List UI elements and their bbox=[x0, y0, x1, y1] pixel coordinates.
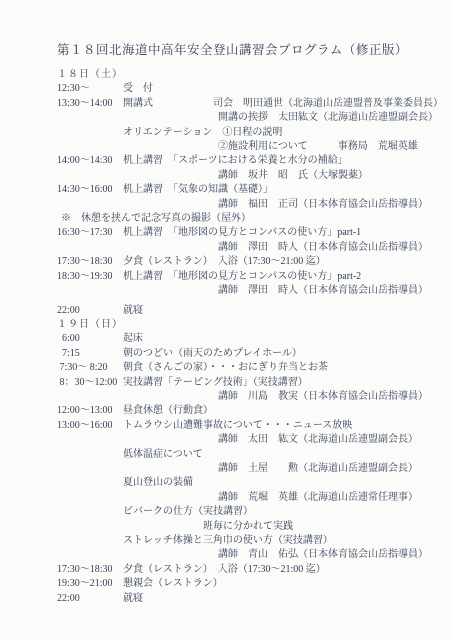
text-cell: 就寝 bbox=[123, 592, 143, 606]
schedule-row: 17:30～18:30夕食（レストラン） 入浴（17:30～21:00 迄） bbox=[57, 563, 438, 577]
schedule-row: 講師 澤田 時人（日本体育協会山岳指導員） bbox=[57, 241, 438, 255]
text-cell: 昼食休憩（行動食） bbox=[123, 404, 213, 418]
text-cell: 班毎に分かれて実践 bbox=[203, 520, 293, 534]
schedule-row: 講師 坂井 昭 氏（大塚製薬） bbox=[57, 169, 438, 183]
schedule-row: ストレッチ体操と三角巾の使い方（実技講習） bbox=[57, 534, 438, 548]
text-cell: 低体温症について bbox=[123, 448, 203, 462]
schedule-row: オリエンテーション ①日程の説明 bbox=[57, 126, 438, 140]
schedule-row: ビバークの仕方（実技講習） bbox=[57, 505, 438, 519]
text-cell: 講師 澤田 時人（日本体育協会山岳指導員） bbox=[218, 284, 428, 298]
note-row: ※ 休憩を挟んで記念写真の撮影（屋外） bbox=[57, 212, 438, 226]
time-cell: 14:30～16:00 bbox=[57, 183, 123, 197]
time-cell: 12:30～ bbox=[57, 82, 123, 96]
text-cell: 講師 坂井 昭 氏（大塚製薬） bbox=[218, 169, 368, 183]
time-cell: 12:00～13:00 bbox=[57, 404, 123, 418]
text-cell: 開講の挨拶 太田紘文（北海道山岳連盟副会長） bbox=[218, 111, 438, 125]
text-cell: 机上講習 「地形図の見方とコンパスの使い方」part-1 bbox=[123, 226, 361, 240]
time-cell: 13:30～14:00 bbox=[57, 97, 123, 111]
text-cell: 朝食（さんごの家）・・・おにぎり弁当とお茶 bbox=[123, 361, 328, 375]
text-cell: 夕食（レストラン） 入浴（17:30～21:00 迄） bbox=[123, 255, 326, 269]
text-cell: 講師 福田 正司（日本体育協会山岳指導員） bbox=[218, 198, 428, 212]
schedule-row: 低体温症について bbox=[57, 448, 438, 462]
schedule-row: 講師 青山 佑弘（日本体育協会山岳指導員） bbox=[57, 548, 438, 562]
text-cell: ビバークの仕方（実技講習） bbox=[123, 505, 253, 519]
schedule-row: 18:30～19:30机上講習 「地形図の見方とコンパスの使い方」part-2 bbox=[57, 270, 438, 284]
schedule-row: 講師 土屋 勲（北海道山岳連盟副会長） bbox=[57, 462, 438, 476]
text-cell: 夕食（レストラン） 入浴（17:30～21:00 迄） bbox=[123, 563, 326, 577]
schedule-list: １８日（土）12:30～受 付13:30～14:00開講式 司会 明田通世（北海… bbox=[57, 68, 438, 606]
time-cell: 6:00 bbox=[57, 332, 123, 346]
time-cell: 17:30～18:30 bbox=[57, 563, 123, 577]
text-cell: 講師 土屋 勲（北海道山岳連盟副会長） bbox=[218, 462, 418, 476]
time-cell: 22:00 bbox=[57, 304, 123, 318]
time-cell: 7:30～ 8:20 bbox=[57, 361, 123, 375]
time-cell: 17:30～18:30 bbox=[57, 255, 123, 269]
day-header: １８日（土） bbox=[57, 68, 438, 82]
text-cell: ストレッチ体操と三角巾の使い方（実技講習） bbox=[123, 534, 333, 548]
schedule-row: 22:00就寝 bbox=[57, 304, 438, 318]
text-cell: 開講式 司会 明田通世（北海道山岳連盟普及事業委員長） bbox=[123, 97, 443, 111]
text-cell: 机上講習 「地形図の見方とコンパスの使い方」part-2 bbox=[123, 270, 361, 284]
text-cell: 講師 澤田 時人（日本体育協会山岳指導員） bbox=[218, 241, 428, 255]
text-cell: トムラウシ山遭難事故について・・・ニュース放映 bbox=[123, 419, 352, 433]
schedule-row: 17:30～18:30夕食（レストラン） 入浴（17:30～21:00 迄） bbox=[57, 255, 438, 269]
text-cell: 講師 荒堀 英雄（北海道山岳連常任理事） bbox=[218, 491, 418, 505]
time-cell: 7:15 bbox=[57, 347, 123, 361]
text-cell: 起床 bbox=[123, 332, 143, 346]
time-cell: 16:30～17:30 bbox=[57, 226, 123, 240]
time-cell: 13:00～16:00 bbox=[57, 419, 123, 433]
schedule-row: 19:30～21:00懇親会（レストラン） bbox=[57, 577, 438, 591]
document-page: 第１８回北海道中高年安全登山講習会プログラム（修正版） １８日（土）12:30～… bbox=[0, 0, 452, 640]
schedule-row: 13:30～14:00開講式 司会 明田通世（北海道山岳連盟普及事業委員長） bbox=[57, 97, 438, 111]
schedule-row: ②施設利用について 事務局 荒堀英雄 bbox=[57, 140, 438, 154]
schedule-row: 22:00就寝 bbox=[57, 592, 438, 606]
schedule-row: 講師 福田 正司（日本体育協会山岳指導員） bbox=[57, 198, 438, 212]
schedule-row: 夏山登山の装備 bbox=[57, 476, 438, 490]
text-cell: 実技講習「テーピング技術」（実技講習） bbox=[123, 376, 308, 390]
text-cell: 講師 青山 佑弘（日本体育協会山岳指導員） bbox=[218, 548, 428, 562]
text-cell: オリエンテーション ①日程の説明 bbox=[123, 126, 282, 140]
text-cell: 机上講習 「スポーツにおける栄養と水分の補給」 bbox=[123, 154, 348, 168]
schedule-row: 14:30～16:00机上講習 「気象の知識（基礎）」 bbox=[57, 183, 438, 197]
schedule-row: 講師 川島 教実（日本体育協会山岳指導員） bbox=[57, 390, 438, 404]
schedule-row: 13:00～16:00トムラウシ山遭難事故について・・・ニュース放映 bbox=[57, 419, 438, 433]
schedule-row: 班毎に分かれて実践 bbox=[57, 520, 438, 534]
schedule-row: 講師 太田 紘文（北海道山岳連盟副会長） bbox=[57, 433, 438, 447]
text-cell: 講師 川島 教実（日本体育協会山岳指導員） bbox=[218, 390, 428, 404]
day-header: １９日（日） bbox=[57, 318, 438, 332]
schedule-row: 7:15朝のつどい（雨天のためプレイホール） bbox=[57, 347, 438, 361]
time-cell: 18:30～19:30 bbox=[57, 270, 123, 284]
schedule-row: 12:00～13:00昼食休憩（行動食） bbox=[57, 404, 438, 418]
text-cell: 講師 太田 紘文（北海道山岳連盟副会長） bbox=[218, 433, 418, 447]
time-cell: 22:00 bbox=[57, 592, 123, 606]
time-cell: 8：30～12:00 bbox=[57, 376, 123, 390]
schedule-row: 7:30～ 8:20朝食（さんごの家）・・・おにぎり弁当とお茶 bbox=[57, 361, 438, 375]
text-cell: 朝のつどい（雨天のためプレイホール） bbox=[123, 347, 302, 361]
schedule-row: 講師 荒堀 英雄（北海道山岳連常任理事） bbox=[57, 491, 438, 505]
schedule-row: 12:30～受 付 bbox=[57, 82, 438, 96]
text-cell: 夏山登山の装備 bbox=[123, 476, 193, 490]
text-cell: 受 付 bbox=[123, 82, 153, 96]
schedule-row: 6:00起床 bbox=[57, 332, 438, 346]
time-cell: 19:30～21:00 bbox=[57, 577, 123, 591]
page-title: 第１８回北海道中高年安全登山講習会プログラム（修正版） bbox=[57, 40, 408, 58]
text-cell: 懇親会（レストラン） bbox=[123, 577, 223, 591]
text-cell: ②施設利用について 事務局 荒堀英雄 bbox=[218, 140, 418, 154]
text-cell: 机上講習 「気象の知識（基礎）」 bbox=[123, 183, 273, 197]
time-cell: 14:00～14:30 bbox=[57, 154, 123, 168]
schedule-row: 8：30～12:00実技講習「テーピング技術」（実技講習） bbox=[57, 376, 438, 390]
schedule-row: 講師 澤田 時人（日本体育協会山岳指導員） bbox=[57, 284, 438, 298]
schedule-row: 開講の挨拶 太田紘文（北海道山岳連盟副会長） bbox=[57, 111, 438, 125]
schedule-row: 14:00～14:30机上講習 「スポーツにおける栄養と水分の補給」 bbox=[57, 154, 438, 168]
schedule-row: 16:30～17:30机上講習 「地形図の見方とコンパスの使い方」part-1 bbox=[57, 226, 438, 240]
text-cell: 就寝 bbox=[123, 304, 143, 318]
